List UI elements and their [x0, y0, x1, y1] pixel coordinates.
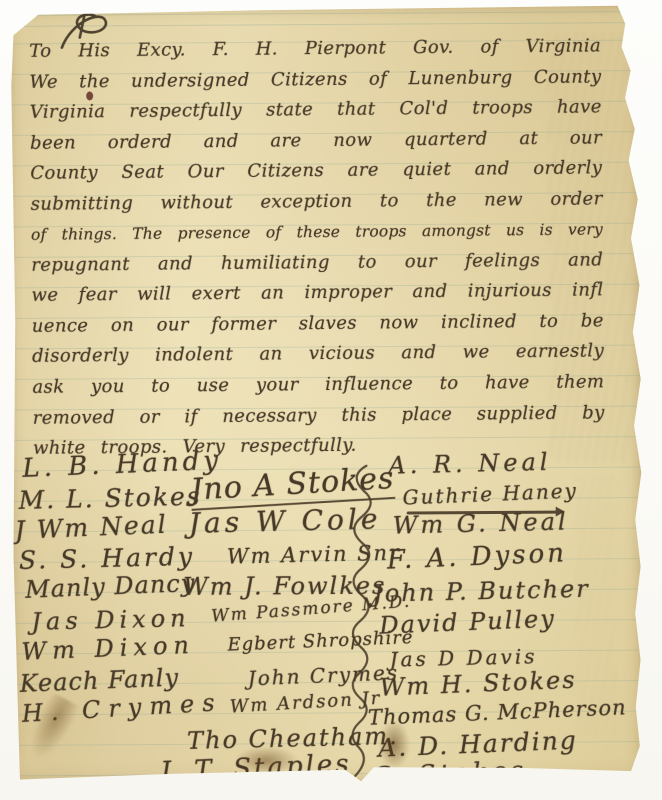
signature: Wm Arvin Snr: [227, 541, 402, 569]
signature: A. R. Neal: [388, 448, 552, 480]
manuscript-line: Virginia respectfully state that Col'd t…: [30, 92, 602, 128]
manuscript-line: ask you to use your influence to have th…: [32, 367, 604, 403]
signature: J Wm Neal: [14, 510, 168, 545]
manuscript-line: removed or if necessary this place suppl…: [33, 398, 605, 434]
signature: Wm Ardson Jr: [229, 688, 382, 718]
top-double-rule: [8, 11, 642, 27]
scanned-document: To His Excy. F. H. Pierpont Gov. of Virg…: [0, 0, 662, 800]
signature: Tho Cheatham.: [187, 722, 399, 755]
signature: Wm G. Neal: [392, 507, 568, 539]
manuscript-line: To His Excy. F. H. Pierpont Gov. of Virg…: [29, 31, 601, 67]
petition-paper: To His Excy. F. H. Pierpont Gov. of Virg…: [8, 4, 647, 789]
signature: David Pulley: [379, 604, 556, 639]
signature: Manly Dancy: [25, 569, 196, 604]
signature: Guthrie Haney: [402, 478, 578, 509]
red-ink-speck: [86, 91, 93, 100]
signature: John Crymes: [247, 660, 399, 690]
signature: Jas W Cole: [188, 502, 381, 540]
signature: S. Stokes: [374, 755, 528, 790]
signature: J. T. Staples: [160, 749, 353, 787]
signature: Wm Dixon: [21, 631, 195, 666]
petition-body: To His Excy. F. H. Pierpont Gov. of Virg…: [29, 31, 605, 464]
signature: F. A. Dyson: [386, 538, 567, 575]
signature: M. L. Stokes: [18, 482, 202, 515]
signature: John P. Butcher: [373, 575, 590, 608]
